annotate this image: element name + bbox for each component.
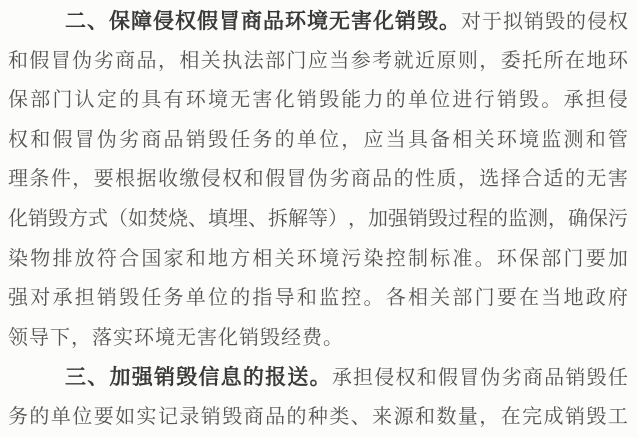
text-line: 化销毁方式（如焚烧、填埋、拆解等），加强销毁过程的监测，确保污	[8, 200, 628, 240]
text-line: 领导下，落实环境无害化销毁经费。	[8, 319, 628, 359]
text-line: 权和假冒伪劣商品销毁任务的单位，应当具备相关环境监测和管	[8, 121, 628, 161]
text-line: 强对承担销毁任务单位的指导和监控。各相关部门要在当地政府	[8, 279, 628, 319]
text-line: 和假冒伪劣商品，相关执法部门应当参考就近原则，委托所在地环	[8, 42, 628, 82]
text-line: 理条件，要根据收缴侵权和假冒伪劣商品的性质，选择合适的无害	[8, 160, 628, 200]
text-line: 务的单位要如实记录销毁商品的种类、来源和数量，在完成销毁工	[8, 398, 628, 438]
text-line: 染物排放符合国家和地方相关环境污染控制标准。环保部门要加	[8, 240, 628, 280]
text-line: 二、保障侵权假冒商品环境无害化销毁。对于拟销毁的侵权	[8, 2, 628, 42]
paragraph-body-text: 领导下，落实环境无害化销毁经费。	[8, 319, 344, 359]
text-line: 三、加强销毁信息的报送。承担侵权和假冒伪劣商品销毁任	[8, 358, 628, 398]
text-line: 保部门认定的具有环境无害化销毁能力的单位进行销毁。承担侵	[8, 81, 628, 121]
document-page: 二、保障侵权假冒商品环境无害化销毁。对于拟销毁的侵权和假冒伪劣商品，相关执法部门…	[0, 0, 638, 438]
